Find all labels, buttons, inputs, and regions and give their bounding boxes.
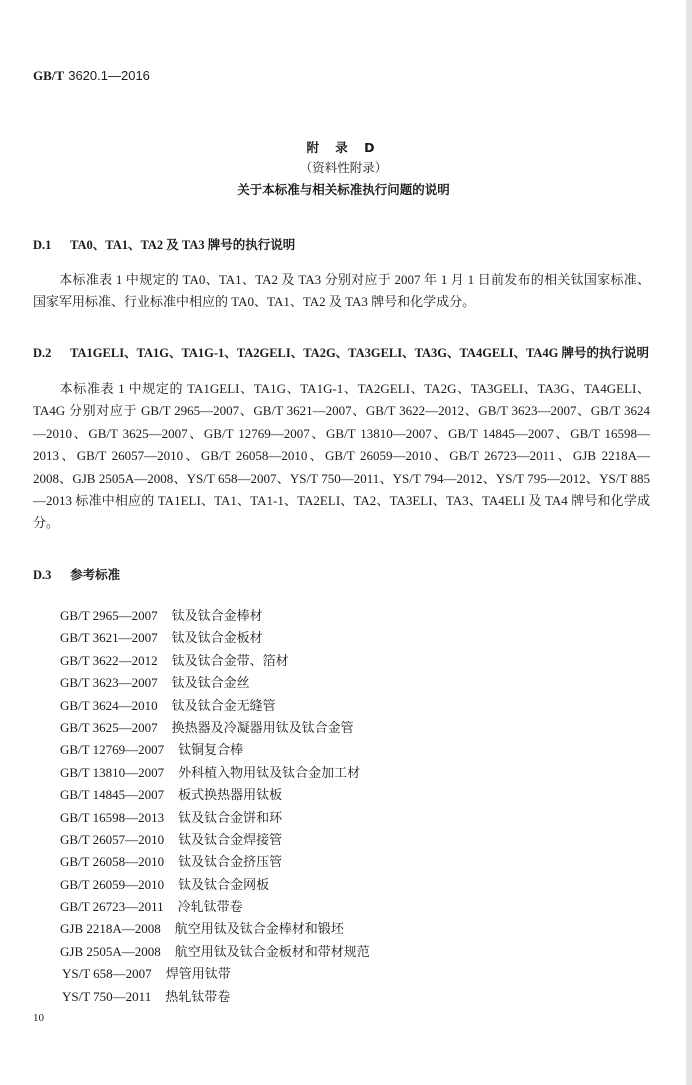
paragraph-text: 本标准表 1 中规定的 TA0、TA1、TA2 及 TA3 分别对应于 2007… — [33, 272, 650, 309]
scrollbar[interactable] — [686, 0, 692, 1085]
section-number: D.1 — [33, 238, 67, 253]
reference-title: 钛铜复合棒 — [178, 742, 243, 757]
reference-item: GB/T 16598—2013钛及钛合金饼和环 — [60, 807, 370, 829]
reference-title: 钛及钛合金无缝管 — [172, 698, 276, 713]
reference-title: 钛及钛合金带、箔材 — [172, 653, 289, 668]
section-title: TA1GELI、TA1G、TA1G-1、TA2GELI、TA2G、TA3GELI… — [70, 346, 649, 360]
reference-code: GB/T 3625—2007 — [60, 717, 158, 739]
reference-item: GB/T 26059—2010钛及钛合金网板 — [60, 874, 370, 896]
reference-code: YS/T 750—2011 — [62, 986, 151, 1008]
reference-item: GB/T 26058—2010钛及钛合金挤压管 — [60, 851, 370, 873]
reference-code: YS/T 658—2007 — [62, 963, 152, 985]
reference-item: GB/T 12769—2007钛铜复合棒 — [60, 739, 370, 761]
reference-title: 钛及钛合金网板 — [178, 877, 269, 892]
paragraph-text: 本标准表 1 中规定的 TA1GELI、TA1G、TA1G-1、TA2GELI、… — [33, 381, 650, 530]
page-number: 10 — [33, 1012, 44, 1024]
reference-code: GB/T 3624—2010 — [60, 695, 158, 717]
reference-code: GB/T 13810—2007 — [60, 762, 164, 784]
reference-code: GB/T 3622—2012 — [60, 650, 158, 672]
reference-item: GB/T 3621—2007钛及钛合金板材 — [60, 627, 370, 649]
reference-title: 换热器及冷凝器用钛及钛合金管 — [172, 720, 354, 735]
reference-item: GJB 2505A—2008航空用钛及钛合金板材和带材规范 — [60, 941, 370, 963]
reference-code: GB/T 3621—2007 — [60, 627, 158, 649]
reference-title: 冷轧钛带卷 — [178, 899, 243, 914]
reference-title: 钛及钛合金棒材 — [172, 608, 263, 623]
reference-code: GB/T 26057—2010 — [60, 829, 164, 851]
reference-item: GB/T 3622—2012钛及钛合金带、箔材 — [60, 650, 370, 672]
document-page: GB/T 3620.1—2016 附 录 D （资料性附录） 关于本标准与相关标… — [0, 0, 687, 1085]
appendix-subtitle: （资料性附录） — [0, 158, 687, 176]
reference-title: 航空用钛及钛合金棒材和锻坯 — [175, 921, 344, 936]
reference-code: GB/T 26723—2011 — [60, 896, 164, 918]
appendix-heading: 关于本标准与相关标准执行问题的说明 — [0, 180, 687, 198]
reference-title: 钛及钛合金板材 — [172, 630, 263, 645]
reference-item: GJB 2218A—2008航空用钛及钛合金棒材和锻坯 — [60, 918, 370, 940]
reference-title: 航空用钛及钛合金板材和带材规范 — [175, 944, 370, 959]
reference-title: 钛及钛合金饼和环 — [178, 810, 282, 825]
reference-title: 焊管用钛带 — [166, 966, 231, 981]
reference-code: GB/T 26058—2010 — [60, 851, 164, 873]
standard-code: GB/T 3620.1—2016 — [33, 68, 150, 84]
reference-code: GB/T 2965—2007 — [60, 605, 158, 627]
reference-item: GB/T 26057—2010钛及钛合金焊接管 — [60, 829, 370, 851]
reference-code: GB/T 12769—2007 — [60, 739, 164, 761]
reference-title: 钛及钛合金焊接管 — [178, 832, 282, 847]
reference-code: GJB 2218A—2008 — [60, 918, 161, 940]
reference-item: GB/T 2965—2007钛及钛合金棒材 — [60, 605, 370, 627]
reference-title: 外科植入物用钛及钛合金加工材 — [178, 765, 360, 780]
reference-item: YS/T 750—2011热轧钛带卷 — [62, 986, 370, 1008]
section-number: D.3 — [33, 568, 67, 583]
reference-item: GB/T 14845—2007板式换热器用钛板 — [60, 784, 370, 806]
reference-list: GB/T 2965—2007钛及钛合金棒材 GB/T 3621—2007钛及钛合… — [60, 605, 370, 1008]
section-heading-d3: D.3 参考标准 — [33, 565, 120, 583]
appendix-title: 附 录 D — [0, 138, 687, 156]
standard-code-number: 3620.1—2016 — [68, 68, 150, 83]
reference-title: 钛及钛合金挤压管 — [178, 854, 282, 869]
section-paragraph-d1: 本标准表 1 中规定的 TA0、TA1、TA2 及 TA3 分别对应于 2007… — [33, 269, 650, 314]
section-number: D.2 — [33, 346, 67, 361]
reference-code: GB/T 26059—2010 — [60, 874, 164, 896]
reference-item: GB/T 13810—2007外科植入物用钛及钛合金加工材 — [60, 762, 370, 784]
section-paragraph-d2: 本标准表 1 中规定的 TA1GELI、TA1G、TA1G-1、TA2GELI、… — [33, 378, 650, 535]
reference-code: GB/T 16598—2013 — [60, 807, 164, 829]
reference-item: GB/T 26723—2011冷轧钛带卷 — [60, 896, 370, 918]
section-heading-d1: D.1 TA0、TA1、TA2 及 TA3 牌号的执行说明 — [33, 235, 295, 253]
reference-code: GB/T 3623—2007 — [60, 672, 158, 694]
reference-item: GB/T 3624—2010钛及钛合金无缝管 — [60, 695, 370, 717]
reference-title: 热轧钛带卷 — [165, 989, 230, 1004]
reference-code: GJB 2505A—2008 — [60, 941, 161, 963]
reference-code: GB/T 14845—2007 — [60, 784, 164, 806]
section-title: 参考标准 — [70, 568, 120, 582]
standard-code-prefix: GB/T — [33, 68, 64, 83]
reference-item: YS/T 658—2007焊管用钛带 — [62, 963, 370, 985]
reference-title: 钛及钛合金丝 — [172, 675, 250, 690]
section-heading-d2: D.2 TA1GELI、TA1G、TA1G-1、TA2GELI、TA2G、TA3… — [33, 343, 649, 361]
reference-title: 板式换热器用钛板 — [178, 787, 282, 802]
reference-item: GB/T 3623—2007钛及钛合金丝 — [60, 672, 370, 694]
section-title: TA0、TA1、TA2 及 TA3 牌号的执行说明 — [70, 238, 295, 252]
reference-item: GB/T 3625—2007换热器及冷凝器用钛及钛合金管 — [60, 717, 370, 739]
